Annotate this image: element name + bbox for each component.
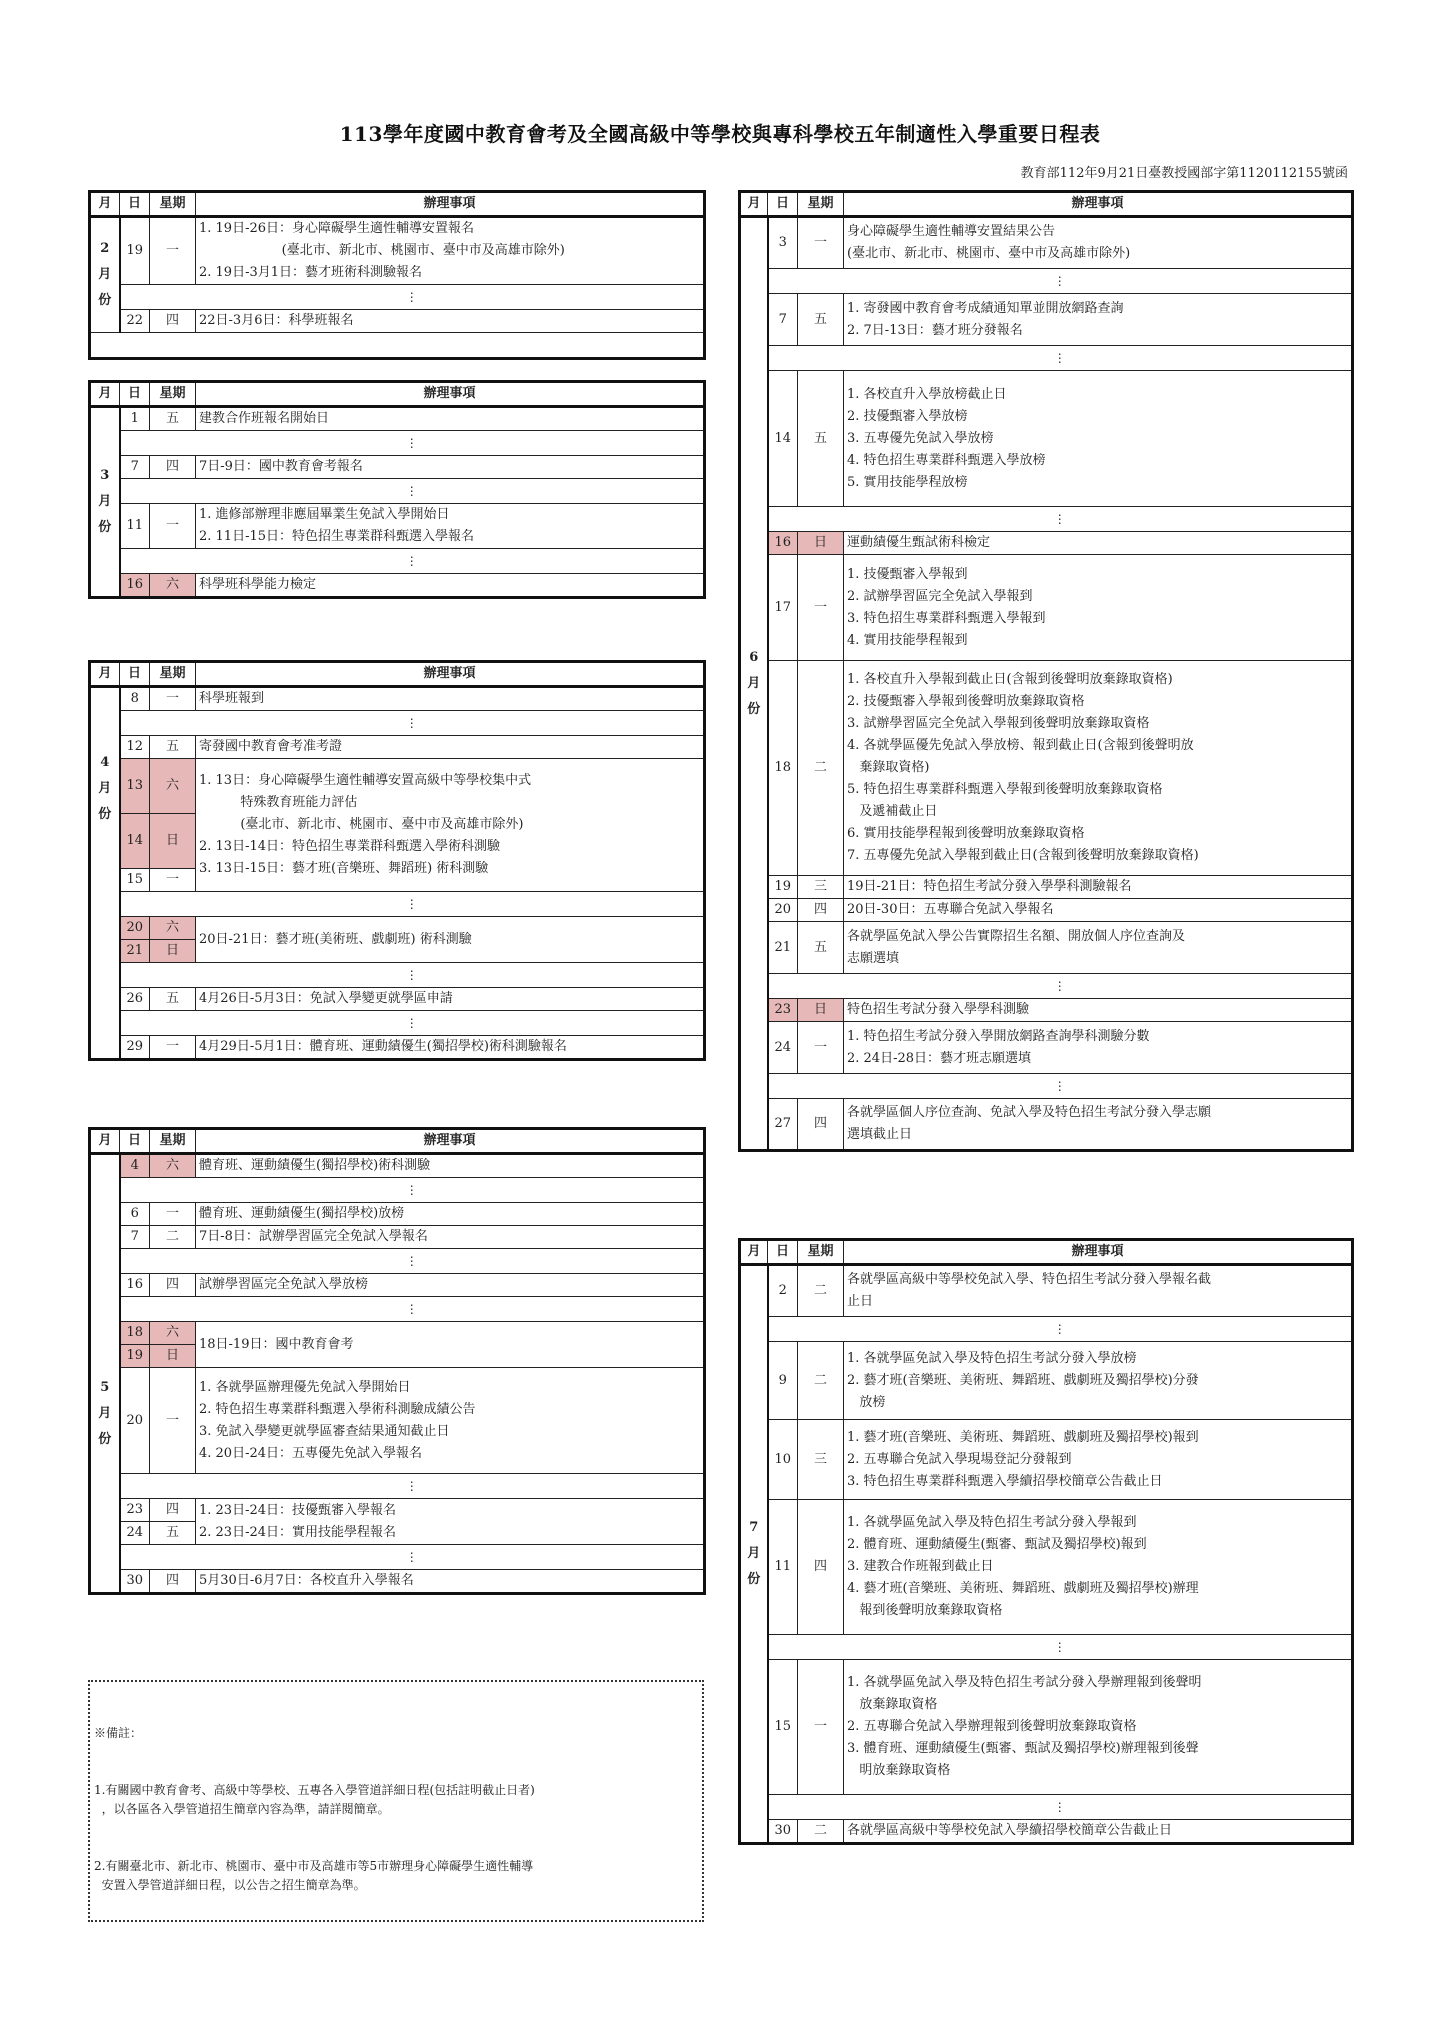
month-label: 4 月 份 [90,687,120,1060]
event-cell: 1. 各校直升入學報到截止日(含報到後聲明放棄錄取資格) 2. 技優甄審入學報到… [844,661,1353,876]
ellipsis-vertical-icon: ⋮ [768,1635,1353,1660]
ellipsis-vertical-icon: ⋮ [768,974,1353,999]
table-row: 3 月 份 1 五 建教合作班報名開始日 [90,407,705,431]
event-cell: 運動績優生甄試術科檢定 [844,532,1353,555]
day-cell-holiday: 18 [120,1322,150,1345]
gap-row: ⋮ [90,1545,705,1570]
document-reference: 教育部112年9月21日臺教授國部字第1120112155號函 [1021,162,1348,181]
weekday-cell: 四 [150,1274,196,1297]
gap-row: ⋮ [90,1249,705,1274]
month-label: 2 月 份 [90,217,120,333]
day-cell: 14 [768,371,798,507]
table-row: 26 五 4月26日-5月3日：免試入學變更就學區申請 [90,988,705,1011]
table-row: 21 五 各就學區免試入學公告實際招生名額、開放個人序位查詢及 志願選填 [740,922,1353,974]
table-row: 6 一 體育班、運動績優生(獨招學校)放榜 [90,1203,705,1226]
day-cell: 11 [768,1500,798,1635]
table-row: 20 六 20日-21日：藝才班(美術班、戲劇班) 術科測驗 [90,917,705,940]
table-row: 7 月 份 2 二 各就學區高級中等學校免試入學、特色招生考試分發入學報名截 止… [740,1265,1353,1317]
table-header: 月 日 星期 辦理事項 [740,192,1353,217]
weekday-cell-holiday: 六 [150,1154,196,1178]
event-cell: 18日-19日：國中教育會考 [196,1322,705,1368]
event-cell: 4月26日-5月3日：免試入學變更就學區申請 [196,988,705,1011]
event-cell: 寄發國中教育會考准考證 [196,736,705,759]
weekday-cell: 五 [798,294,844,346]
header-day: 日 [768,192,798,217]
day-cell-holiday: 20 [120,917,150,940]
event-cell: 1. 進修部辦理非應屆畢業生免試入學開始日 2. 11日-15日：特色招生專業群… [196,504,705,549]
table-row: 7 四 7日-9日：國中教育會考報名 [90,456,705,479]
event-cell: 7日-8日：試辦學習區完全免試入學報名 [196,1226,705,1249]
ellipsis-vertical-icon: ⋮ [120,549,705,574]
event-cell: 各就學區高級中等學校免試入學續招學校簡章公告截止日 [844,1820,1353,1844]
day-cell: 30 [768,1820,798,1844]
day-cell: 7 [120,456,150,479]
ellipsis-vertical-icon: ⋮ [768,507,1353,532]
header-month: 月 [740,192,768,217]
table-row: 4 月 份 8 一 科學班報到 [90,687,705,711]
gap-row: ⋮ [90,1011,705,1036]
gap-row: ⋮ [90,479,705,504]
ellipsis-vertical-icon: ⋮ [120,711,705,736]
weekday-cell: 五 [150,988,196,1011]
day-cell: 23 [120,1499,150,1522]
table-row: 5 月 份 4 六 體育班、運動績優生(獨招學校)術科測驗 [90,1154,705,1178]
ellipsis-vertical-icon: ⋮ [768,1795,1353,1820]
table-row: 29 一 4月29日-5月1日：體育班、運動績優生(獨招學校)術科測驗報名 [90,1036,705,1060]
event-cell: 各就學區免試入學公告實際招生名額、開放個人序位查詢及 志願選填 [844,922,1353,974]
header-weekday: 星期 [798,192,844,217]
day-cell: 15 [768,1660,798,1795]
weekday-cell-holiday: 六 [150,759,196,814]
table-row: 19 三 19日-21日：特色招生考試分發入學學科測驗報名 [740,876,1353,899]
header-month: 月 [90,382,120,407]
event-cell: 1. 13日：身心障礙學生適性輔導安置高級中等學校集中式 特殊教育班能力評估 (… [196,759,705,892]
table-header: 月 日 星期 辦理事項 [90,662,705,687]
event-cell: 7日-9日：國中教育會考報名 [196,456,705,479]
ellipsis-vertical-icon: ⋮ [768,1317,1353,1342]
header-month: 月 [90,192,120,217]
header-month: 月 [740,1240,768,1265]
event-cell: 4月29日-5月1日：體育班、運動績優生(獨招學校)術科測驗報名 [196,1036,705,1060]
schedule-table-mar: 月 日 星期 辦理事項 3 月 份 1 五 建教合作班報名開始日 ⋮ 7 四 7… [88,380,706,599]
schedule-table-feb: 月 日 星期 辦理事項 2 月 份 19 一 1. 19日-26日：身心障礙學生… [88,190,706,360]
page-title: 113學年度國中教育會考及全國高級中等學校與專科學校五年制適性入學重要日程表 [0,118,1440,147]
event-cell: 1. 23日-24日：技優甄審入學報名 2. 23日-24日：實用技能學程報名 [196,1499,705,1545]
day-cell: 11 [120,504,150,549]
header-items: 辦理事項 [196,382,705,407]
weekday-cell: 一 [150,869,196,892]
weekday-cell: 三 [798,876,844,899]
event-cell: 各就學區高級中等學校免試入學、特色招生考試分發入學報名截 止日 [844,1265,1353,1317]
note-item: 2.有關臺北市、新北市、桃園市、臺中市及高雄市等5市辦理身心障礙學生適性輔導 安… [94,1857,698,1895]
ellipsis-vertical-icon: ⋮ [120,1011,705,1036]
notes-heading: ※備註： [94,1724,698,1743]
month-label: 6 月 份 [740,217,768,1151]
event-cell: 科學班科學能力檢定 [196,574,705,598]
weekday-cell: 二 [798,1342,844,1420]
ellipsis-vertical-icon: ⋮ [120,892,705,917]
day-cell: 30 [120,1570,150,1594]
weekday-cell: 二 [798,1265,844,1317]
weekday-cell: 五 [150,736,196,759]
day-cell: 12 [120,736,150,759]
gap-row: ⋮ [740,1795,1353,1820]
ellipsis-vertical-icon: ⋮ [120,285,705,310]
event-cell: 1. 各就學區免試入學及特色招生考試分發入學報到 2. 體育班、運動績優生(甄審… [844,1500,1353,1635]
ellipsis-vertical-icon: ⋮ [120,1249,705,1274]
table-row: 30 四 5月30日-6月7日：各校直升入學報名 [90,1570,705,1594]
day-cell: 18 [768,661,798,876]
table-row: 22 四 22日-3月6日：科學班報名 [90,310,705,333]
table-row: 11 一 1. 進修部辦理非應屆畢業生免試入學開始日 2. 11日-15日：特色… [90,504,705,549]
table-row: 20 一 1. 各就學區辦理優先免試入學開始日 2. 特色招生專業群科甄選入學術… [90,1368,705,1474]
table-row: 23 四 1. 23日-24日：技優甄審入學報名 2. 23日-24日：實用技能… [90,1499,705,1522]
ellipsis-vertical-icon: ⋮ [768,1074,1353,1099]
weekday-cell: 一 [150,504,196,549]
day-cell-holiday: 13 [120,759,150,814]
event-cell: 試辦學習區完全免試入學放榜 [196,1274,705,1297]
event-cell: 體育班、運動績優生(獨招學校)術科測驗 [196,1154,705,1178]
ellipsis-vertical-icon: ⋮ [120,479,705,504]
event-cell: 1. 各就學區辦理優先免試入學開始日 2. 特色招生專業群科甄選入學術科測驗成績… [196,1368,705,1474]
weekday-cell: 二 [150,1226,196,1249]
weekday-cell: 四 [150,1499,196,1522]
day-cell: 19 [120,217,150,285]
day-cell-holiday: 14 [120,814,150,869]
event-cell: 1. 各就學區免試入學及特色招生考試分發入學放榜 2. 藝才班(音樂班、美術班、… [844,1342,1353,1420]
day-cell: 20 [120,1368,150,1474]
weekday-cell: 五 [798,922,844,974]
gap-row: ⋮ [90,549,705,574]
note-item: 1.有關國中教育會考、高級中等學校、五專各入學管道詳細日程(包括註明截止日者) … [94,1781,698,1819]
weekday-cell: 四 [798,1099,844,1151]
gap-row: ⋮ [90,285,705,310]
event-cell: 19日-21日：特色招生考試分發入學學科測驗報名 [844,876,1353,899]
header-day: 日 [120,382,150,407]
gap-row: ⋮ [90,1178,705,1203]
gap-row: ⋮ [90,431,705,456]
day-cell: 9 [768,1342,798,1420]
header-month: 月 [90,1129,120,1154]
table-row: 7 五 1. 寄發國中教育會考成績通知單並開放網路查詢 2. 7日-13日：藝才… [740,294,1353,346]
header-items: 辦理事項 [196,662,705,687]
month-label: 5 月 份 [90,1154,120,1594]
day-cell: 7 [120,1226,150,1249]
day-cell-holiday: 16 [768,532,798,555]
table-row: 17 一 1. 技優甄審入學報到 2. 試辦學習區完全免試入學報到 3. 特色招… [740,555,1353,661]
event-cell: 身心障礙學生適性輔導安置結果公告 (臺北市、新北市、桃園市、臺中市及高雄市除外) [844,217,1353,269]
event-cell: 體育班、運動績優生(獨招學校)放榜 [196,1203,705,1226]
header-day: 日 [768,1240,798,1265]
gap-row: ⋮ [740,1074,1353,1099]
day-cell: 3 [768,217,798,269]
weekday-cell: 四 [150,1570,196,1594]
weekday-cell: 五 [798,371,844,507]
day-cell: 21 [768,922,798,974]
schedule-table-jun: 月 日 星期 辦理事項 6 月 份 3 一 身心障礙學生適性輔導安置結果公告 (… [738,190,1354,1152]
day-cell: 19 [768,876,798,899]
day-cell: 1 [120,407,150,431]
ellipsis-vertical-icon: ⋮ [120,431,705,456]
gap-row: ⋮ [740,269,1353,294]
ellipsis-vertical-icon: ⋮ [120,963,705,988]
event-cell: 20日-30日：五專聯合免試入學報名 [844,899,1353,922]
weekday-cell-holiday: 日 [798,999,844,1022]
table-row: 18 六 18日-19日：國中教育會考 [90,1322,705,1345]
weekday-cell: 一 [798,555,844,661]
weekday-cell-holiday: 六 [150,917,196,940]
event-cell: 20日-21日：藝才班(美術班、戲劇班) 術科測驗 [196,917,705,963]
table-header: 月 日 星期 辦理事項 [90,1129,705,1154]
weekday-cell: 四 [150,310,196,333]
day-cell-holiday: 4 [120,1154,150,1178]
weekday-cell: 一 [798,217,844,269]
event-cell: 1. 技優甄審入學報到 2. 試辦學習區完全免試入學報到 3. 特色招生專業群科… [844,555,1353,661]
day-cell: 20 [768,899,798,922]
weekday-cell: 一 [150,217,196,285]
gap-row: ⋮ [90,963,705,988]
table-row: 16 四 試辦學習區完全免試入學放榜 [90,1274,705,1297]
table-row: 20 四 20日-30日：五專聯合免試入學報名 [740,899,1353,922]
event-cell: 科學班報到 [196,687,705,711]
header-weekday: 星期 [798,1240,844,1265]
event-cell: 1. 19日-26日：身心障礙學生適性輔導安置報名 (臺北市、新北市、桃園市、臺… [196,217,705,285]
day-cell: 27 [768,1099,798,1151]
month-label: 3 月 份 [90,407,120,598]
gap-row: ⋮ [90,711,705,736]
weekday-cell: 二 [798,661,844,876]
header-items: 辦理事項 [844,192,1353,217]
weekday-cell: 四 [798,1500,844,1635]
day-cell: 10 [768,1420,798,1500]
day-cell: 7 [768,294,798,346]
header-items: 辦理事項 [844,1240,1353,1265]
gap-row: ⋮ [740,1317,1353,1342]
event-cell: 5月30日-6月7日：各校直升入學報名 [196,1570,705,1594]
header-weekday: 星期 [150,1129,196,1154]
header-month: 月 [90,662,120,687]
weekday-cell: 一 [150,1203,196,1226]
event-cell: 特色招生考試分發入學學科測驗 [844,999,1353,1022]
gap-row: ⋮ [740,1635,1353,1660]
day-cell: 2 [768,1265,798,1317]
table-row: 12 五 寄發國中教育會考准考證 [90,736,705,759]
month-label: 7 月 份 [740,1265,768,1844]
notes-box: ※備註： 1.有關國中教育會考、高級中等學校、五專各入學管道詳細日程(包括註明截… [88,1680,704,1922]
gap-row: ⋮ [740,507,1353,532]
header-weekday: 星期 [150,382,196,407]
table-row: 9 二 1. 各就學區免試入學及特色招生考試分發入學放榜 2. 藝才班(音樂班、… [740,1342,1353,1420]
ellipsis-vertical-icon: ⋮ [768,346,1353,371]
weekday-cell-holiday: 日 [798,532,844,555]
day-cell-holiday: 23 [768,999,798,1022]
header-items: 辦理事項 [196,1129,705,1154]
event-cell: 1. 寄發國中教育會考成績通知單並開放網路查詢 2. 7日-13日：藝才班分發報… [844,294,1353,346]
table-row: 30 二 各就學區高級中等學校免試入學續招學校簡章公告截止日 [740,1820,1353,1844]
day-cell: 8 [120,687,150,711]
weekday-cell-holiday: 日 [150,1345,196,1368]
schedule-table-may: 月 日 星期 辦理事項 5 月 份 4 六 體育班、運動績優生(獨招學校)術科測… [88,1127,706,1595]
day-cell-holiday: 21 [120,940,150,963]
weekday-cell: 五 [150,1522,196,1545]
header-weekday: 星期 [150,662,196,687]
header-day: 日 [120,192,150,217]
day-cell: 6 [120,1203,150,1226]
table-row: 15 一 1. 各就學區免試入學及特色招生考試分發入學辦理報到後聲明 放棄錄取資… [740,1660,1353,1795]
table-row: 10 三 1. 藝才班(音樂班、美術班、舞蹈班、戲劇班及獨招學校)報到 2. 五… [740,1420,1353,1500]
schedule-table-jul: 月 日 星期 辦理事項 7 月 份 2 二 各就學區高級中等學校免試入學、特色招… [738,1238,1354,1845]
table-header: 月 日 星期 辦理事項 [740,1240,1353,1265]
weekday-cell: 一 [150,1036,196,1060]
weekday-cell: 一 [798,1660,844,1795]
ellipsis-vertical-icon: ⋮ [120,1474,705,1499]
day-cell: 24 [768,1022,798,1074]
gap-row: ⋮ [90,1474,705,1499]
header-day: 日 [120,1129,150,1154]
day-cell-holiday: 19 [120,1345,150,1368]
gap-row: ⋮ [90,892,705,917]
weekday-cell-holiday: 六 [150,1322,196,1345]
weekday-cell-holiday: 日 [150,940,196,963]
day-cell: 24 [120,1522,150,1545]
day-cell: 26 [120,988,150,1011]
table-row: 16 日 運動績優生甄試術科檢定 [740,532,1353,555]
weekday-cell-holiday: 六 [150,574,196,598]
event-cell: 1. 各校直升入學放榜截止日 2. 技優甄審入學放榜 3. 五專優先免試入學放榜… [844,371,1353,507]
header-day: 日 [120,662,150,687]
table-row: 7 二 7日-8日：試辦學習區完全免試入學報名 [90,1226,705,1249]
event-cell: 1. 藝才班(音樂班、美術班、舞蹈班、戲劇班及獨招學校)報到 2. 五專聯合免試… [844,1420,1353,1500]
day-cell-holiday: 16 [120,574,150,598]
event-cell: 1. 特色招生考試分發入學開放網路查詢學科測驗分數 2. 24日-28日：藝才班… [844,1022,1353,1074]
ellipsis-vertical-icon: ⋮ [120,1297,705,1322]
table-row: 2 月 份 19 一 1. 19日-26日：身心障礙學生適性輔導安置報名 (臺北… [90,217,705,285]
table-row: 18 二 1. 各校直升入學報到截止日(含報到後聲明放棄錄取資格) 2. 技優甄… [740,661,1353,876]
table-row: 24 一 1. 特色招生考試分發入學開放網路查詢學科測驗分數 2. 24日-28… [740,1022,1353,1074]
day-cell: 22 [120,310,150,333]
header-weekday: 星期 [150,192,196,217]
weekday-cell: 一 [150,687,196,711]
weekday-cell: 二 [798,1820,844,1844]
weekday-cell: 四 [150,456,196,479]
ellipsis-vertical-icon: ⋮ [120,1545,705,1570]
weekday-cell: 五 [150,407,196,431]
table-row: 11 四 1. 各就學區免試入學及特色招生考試分發入學報到 2. 體育班、運動績… [740,1500,1353,1635]
table-row: 6 月 份 3 一 身心障礙學生適性輔導安置結果公告 (臺北市、新北市、桃園市、… [740,217,1353,269]
gap-row: ⋮ [740,346,1353,371]
table-row: 14 五 1. 各校直升入學放榜截止日 2. 技優甄審入學放榜 3. 五專優先免… [740,371,1353,507]
event-cell: 各就學區個人序位查詢、免試入學及特色招生考試分發入學志願 選填截止日 [844,1099,1353,1151]
weekday-cell-holiday: 日 [150,814,196,869]
weekday-cell: 四 [798,899,844,922]
event-cell: 22日-3月6日：科學班報名 [196,310,705,333]
header-items: 辦理事項 [196,192,705,217]
table-row: 13 六 1. 13日：身心障礙學生適性輔導安置高級中等學校集中式 特殊教育班能… [90,759,705,814]
weekday-cell: 一 [798,1022,844,1074]
event-cell: 1. 各就學區免試入學及特色招生考試分發入學辦理報到後聲明 放棄錄取資格 2. … [844,1660,1353,1795]
weekday-cell: 一 [150,1368,196,1474]
table-row: 27 四 各就學區個人序位查詢、免試入學及特色招生考試分發入學志願 選填截止日 [740,1099,1353,1151]
spacer-row [90,333,705,359]
weekday-cell: 三 [798,1420,844,1500]
gap-row: ⋮ [90,1297,705,1322]
ellipsis-vertical-icon: ⋮ [120,1178,705,1203]
table-row: 23 日 特色招生考試分發入學學科測驗 [740,999,1353,1022]
table-row: 16 六 科學班科學能力檢定 [90,574,705,598]
day-cell: 17 [768,555,798,661]
event-cell: 建教合作班報名開始日 [196,407,705,431]
day-cell: 29 [120,1036,150,1060]
gap-row: ⋮ [740,974,1353,999]
ellipsis-vertical-icon: ⋮ [768,269,1353,294]
table-header: 月 日 星期 辦理事項 [90,192,705,217]
day-cell: 15 [120,869,150,892]
schedule-table-apr: 月 日 星期 辦理事項 4 月 份 8 一 科學班報到 ⋮ 12 五 寄發國中教… [88,660,706,1061]
table-header: 月 日 星期 辦理事項 [90,382,705,407]
day-cell: 16 [120,1274,150,1297]
